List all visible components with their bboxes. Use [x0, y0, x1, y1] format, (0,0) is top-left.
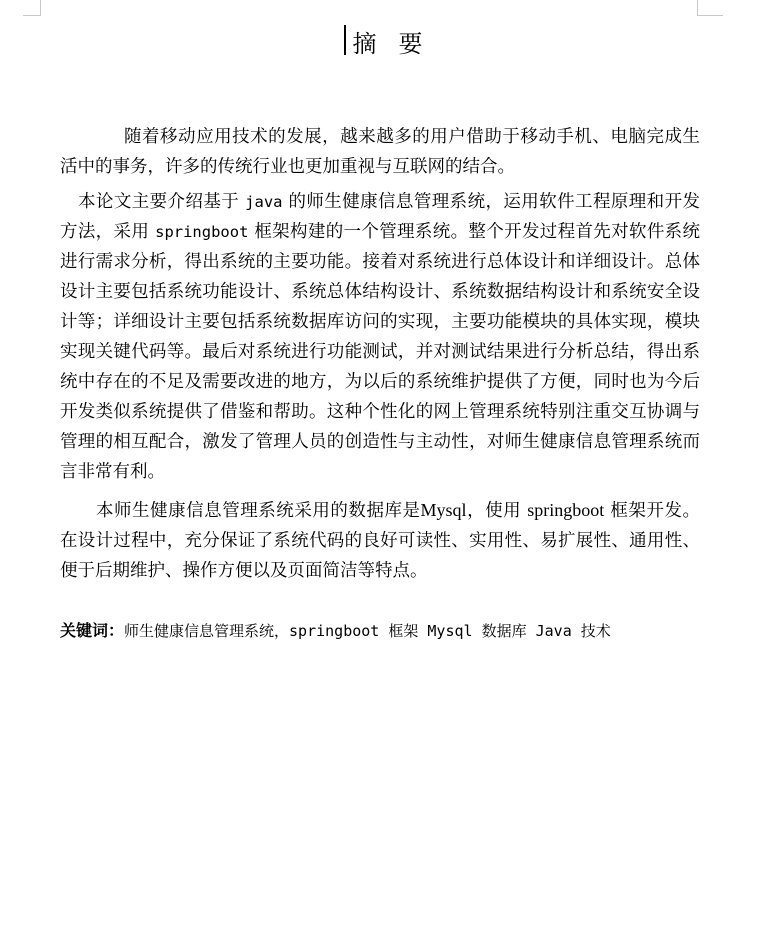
- keywords-value: 师生健康信息管理系统，springboot 框架 Mysql 数据库 Java …: [124, 622, 611, 640]
- text-run-latin: Mysql: [421, 500, 467, 520]
- text-run-latin: springboot: [527, 500, 604, 520]
- text-run: 框架构建的一个管理系统。整个开发过程首先对软件系统进行需求分析，得出系统的主要功…: [60, 222, 700, 482]
- text-run: 本师生健康信息管理系统采用的数据库是: [96, 501, 421, 521]
- abstract-paragraph-3[interactable]: 本师生健康信息管理系统采用的数据库是Mysql，使用 springboot 框架…: [60, 495, 700, 586]
- text-run: 本论文主要介绍基于: [78, 192, 245, 212]
- margin-corner-mark-top-left: [23, 15, 41, 16]
- text-run: ，使用: [467, 501, 528, 521]
- keywords-line[interactable]: 关键词：师生健康信息管理系统，springboot 框架 Mysql 数据库 J…: [60, 618, 720, 644]
- text-run-code: springboot: [155, 223, 248, 241]
- abstract-paragraph-1[interactable]: 随着移动应用技术的发展，越来越多的用户借助于移动手机、电脑完成生活中的事务，许多…: [60, 122, 700, 182]
- keywords-label: 关键词：: [60, 621, 124, 640]
- margin-corner-mark-top-left: [40, 0, 41, 15]
- page-title[interactable]: 摘要: [0, 24, 775, 59]
- margin-corner-mark-top-right: [697, 15, 723, 16]
- abstract-paragraph-2[interactable]: 本论文主要介绍基于 java 的师生健康信息管理系统，运用软件工程原理和开发方法…: [60, 187, 700, 487]
- title-char: 摘: [353, 24, 377, 59]
- margin-corner-mark-top-right: [697, 0, 698, 15]
- text-run-code: java: [245, 193, 282, 211]
- title-char: 要: [399, 24, 423, 59]
